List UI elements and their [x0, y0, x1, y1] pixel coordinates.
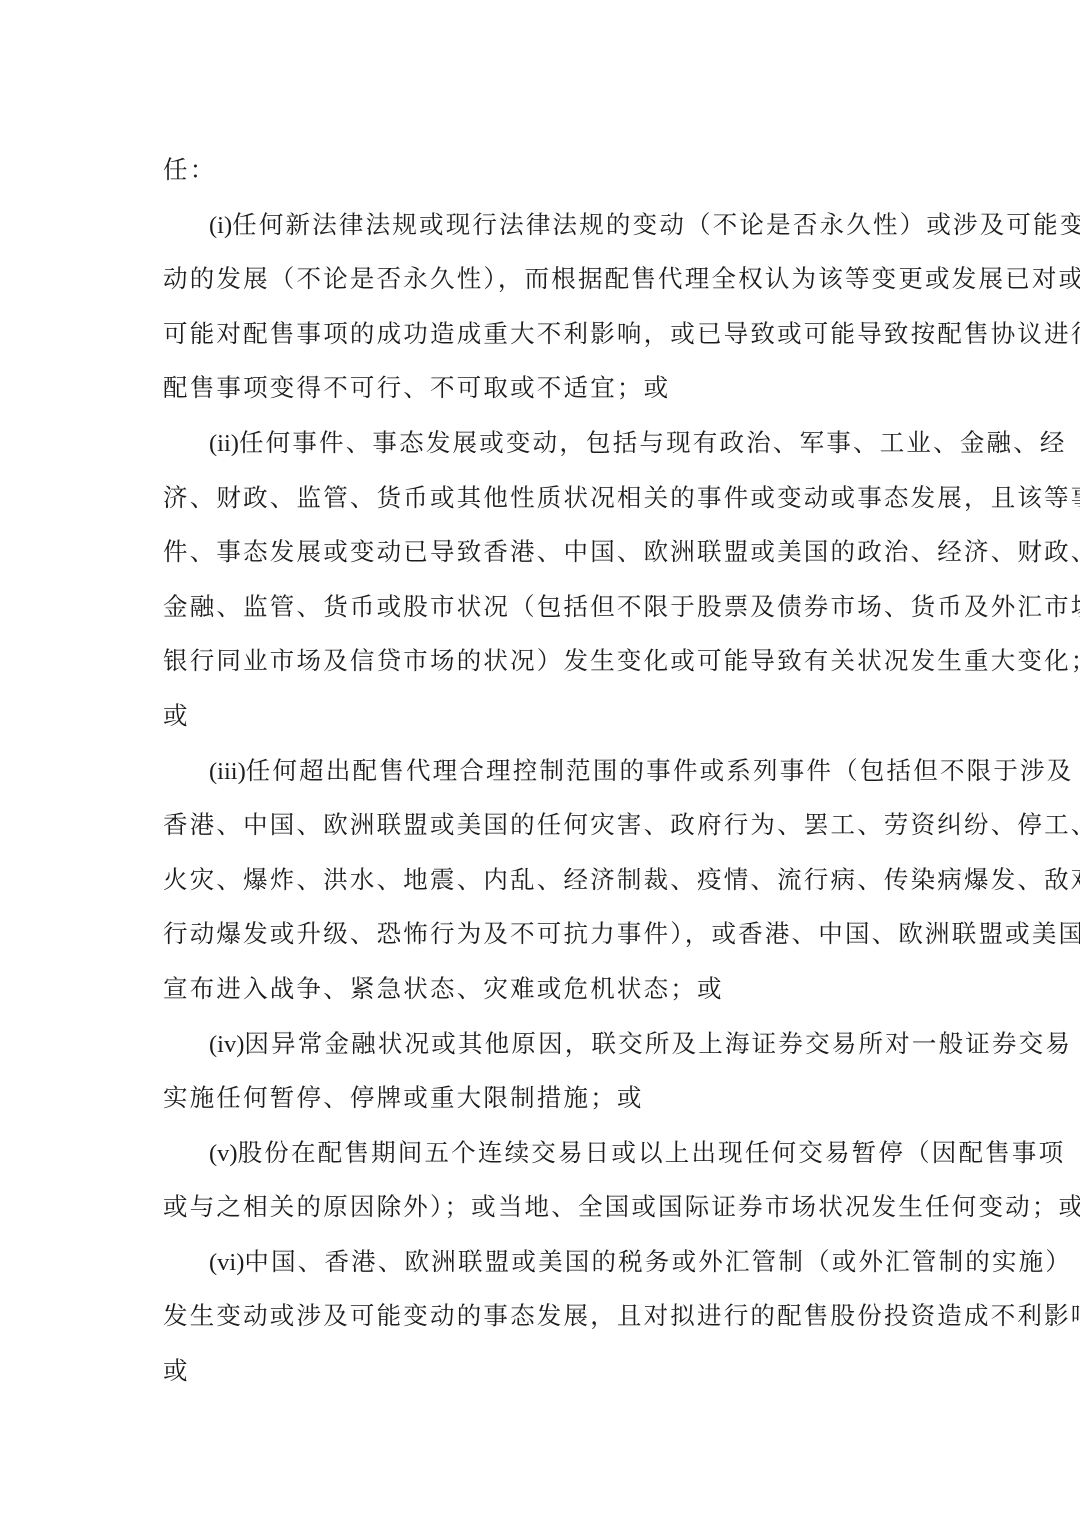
lead-line: 任：	[163, 151, 923, 206]
clause-first-line: (iii)任何超出配售代理合理控制范围的事件或系列事件（包括但不限于涉及	[163, 752, 923, 807]
clause-v: (v)股份在配售期间五个连续交易日或以上出现任何交易暂停（因配售事项 或与之相关…	[163, 1134, 923, 1243]
clause-first-line: (vi)中国、香港、欧洲联盟或美国的税务或外汇管制（或外汇管制的实施）	[163, 1243, 923, 1298]
document-page: 任： (i)任何新法律法规或现行法律法规的变动（不论是否永久性）或涉及可能变 动…	[163, 151, 923, 1407]
clause-line: 或	[163, 1352, 923, 1407]
clause-first-line: (iv)因异常金融状况或其他原因，联交所及上海证券交易所对一般证券交易	[163, 1025, 923, 1080]
clause-line: 发生变动或涉及可能变动的事态发展，且对拟进行的配售股份投资造成不利影响；	[163, 1297, 923, 1352]
clause-line: 配售事项变得不可行、不可取或不适宜；或	[163, 369, 923, 424]
clause-line: 宣布进入战争、紧急状态、灾难或危机状态；或	[163, 970, 923, 1025]
clause-iv: (iv)因异常金融状况或其他原因，联交所及上海证券交易所对一般证券交易 实施任何…	[163, 1025, 923, 1134]
clause-marker: (i)	[209, 212, 232, 239]
clause-line: 银行同业市场及信贷市场的状况）发生变化或可能导致有关状况发生重大变化；	[163, 642, 923, 697]
clause-line: 可能对配售事项的成功造成重大不利影响，或已导致或可能导致按配售协议进行	[163, 315, 923, 370]
clause-iii: (iii)任何超出配售代理合理控制范围的事件或系列事件（包括但不限于涉及 香港、…	[163, 752, 923, 1025]
clause-text: 股份在配售期间五个连续交易日或以上出现任何交易暂停（因配售事项	[238, 1138, 1066, 1167]
clause-line: 金融、监管、货币或股市状况（包括但不限于股票及债券市场、货币及外汇市场、	[163, 588, 923, 643]
clause-text: 任何新法律法规或现行法律法规的变动（不论是否永久性）或涉及可能变	[232, 210, 1080, 239]
clause-first-line: (v)股份在配售期间五个连续交易日或以上出现任何交易暂停（因配售事项	[163, 1134, 923, 1189]
clause-text: 因异常金融状况或其他原因，联交所及上海证券交易所对一般证券交易	[244, 1029, 1072, 1058]
clause-vi: (vi)中国、香港、欧洲联盟或美国的税务或外汇管制（或外汇管制的实施） 发生变动…	[163, 1243, 923, 1407]
clause-text: 任何超出配售代理合理控制范围的事件或系列事件（包括但不限于涉及	[246, 756, 1074, 785]
clause-text: 任何事件、事态发展或变动，包括与现有政治、军事、工业、金融、经	[239, 428, 1067, 457]
clause-line: 或	[163, 697, 923, 752]
clause-marker: (iii)	[209, 758, 246, 785]
clause-marker: (vi)	[209, 1249, 244, 1276]
clause-first-line: (i)任何新法律法规或现行法律法规的变动（不论是否永久性）或涉及可能变	[163, 206, 923, 261]
clause-marker: (ii)	[209, 430, 239, 457]
clause-marker: (iv)	[209, 1031, 244, 1058]
clause-line: 香港、中国、欧洲联盟或美国的任何灾害、政府行为、罢工、劳资纠纷、停工、	[163, 806, 923, 861]
clause-line: 行动爆发或升级、恐怖行为及不可抗力事件），或香港、中国、欧洲联盟或美国	[163, 915, 923, 970]
clause-line: 火灾、爆炸、洪水、地震、内乱、经济制裁、疫情、流行病、传染病爆发、敌对	[163, 861, 923, 916]
clause-line: 实施任何暂停、停牌或重大限制措施；或	[163, 1079, 923, 1134]
clause-ii: (ii)任何事件、事态发展或变动，包括与现有政治、军事、工业、金融、经 济、财政…	[163, 424, 923, 752]
clause-line: 济、财政、监管、货币或其他性质状况相关的事件或变动或事态发展，且该等事	[163, 479, 923, 534]
clause-line: 件、事态发展或变动已导致香港、中国、欧洲联盟或美国的政治、经济、财政、	[163, 533, 923, 588]
clause-i: (i)任何新法律法规或现行法律法规的变动（不论是否永久性）或涉及可能变 动的发展…	[163, 206, 923, 424]
clause-marker: (v)	[209, 1140, 238, 1167]
clause-text: 中国、香港、欧洲联盟或美国的税务或外汇管制（或外汇管制的实施）	[244, 1247, 1072, 1276]
clause-first-line: (ii)任何事件、事态发展或变动，包括与现有政治、军事、工业、金融、经	[163, 424, 923, 479]
clause-line: 或与之相关的原因除外）；或当地、全国或国际证券市场状况发生任何变动；或	[163, 1188, 923, 1243]
clause-line: 动的发展（不论是否永久性），而根据配售代理全权认为该等变更或发展已对或	[163, 260, 923, 315]
